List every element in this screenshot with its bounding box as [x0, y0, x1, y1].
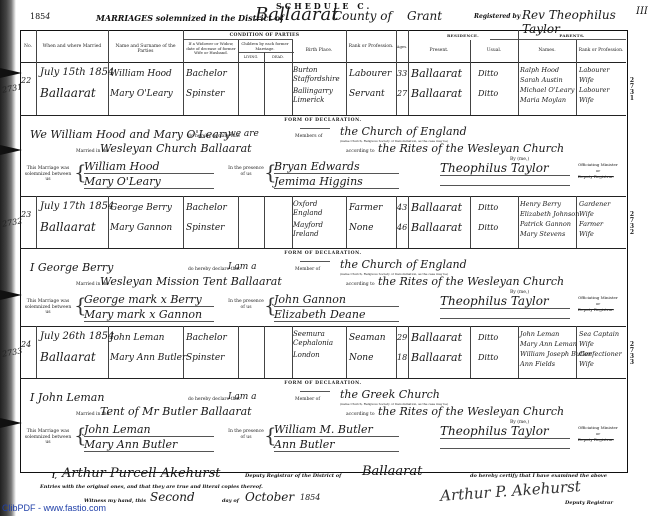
col-living: LIVING. — [238, 55, 264, 59]
col-rank: Rank or Profession. — [346, 44, 396, 49]
member-label: Members of — [295, 134, 322, 139]
col-parent-names: Names. — [518, 48, 576, 53]
year-hand: 4 — [45, 12, 50, 21]
minister-signature: Theophilus Taylor — [440, 161, 549, 175]
bride-birthplace: Mayford Ireland — [293, 221, 346, 239]
cert-deputy-name: Arthur Purcell Akehurst — [62, 466, 221, 481]
bride-name: Mary Gannon — [110, 223, 172, 233]
parents-rule — [583, 39, 626, 40]
parent-name: Ann Fields — [520, 360, 555, 368]
signature-line — [274, 173, 399, 174]
signature-line — [84, 321, 214, 322]
according-label: according to — [346, 282, 375, 287]
col-parent-rank: Rank or Profession. — [576, 48, 626, 53]
party-1-signature: George mark x Berry — [84, 293, 202, 306]
bride-birthplace: Ballingarry Limerick — [293, 87, 346, 105]
bride-condition: Spinster — [186, 353, 224, 363]
married-place: Tent of Mr Butler Ballaarat — [100, 405, 252, 418]
according-label: according to — [346, 412, 375, 417]
signature-line — [440, 438, 570, 439]
groom-condition: Bachelor — [186, 69, 227, 79]
parent-name: Ralph Hood — [520, 66, 559, 74]
groom-present-residence: Ballaarat — [411, 201, 462, 214]
declarant-church: the Greek Church — [340, 388, 440, 401]
member-label: Member of — [295, 397, 320, 402]
signature-line — [440, 185, 570, 186]
party-2-signature: Mary mark x Gannon — [84, 308, 202, 321]
groom-condition: Bachelor — [186, 203, 227, 213]
col-divider — [470, 196, 471, 248]
bride-usual-residence: Ditto — [478, 353, 498, 362]
entry-bottom-rule — [20, 115, 626, 116]
bride-rank: None — [349, 223, 373, 233]
cert-prefix: I, — [52, 473, 57, 480]
declarant-church: the Church of England — [340, 125, 467, 138]
parent-name: Elizabeth Johnson — [520, 210, 579, 218]
declarant-church: the Church of England — [340, 258, 467, 271]
cert-signature: Arthur P. Akehurst — [440, 477, 582, 505]
entry-bottom-rule — [20, 248, 626, 249]
children-rule — [238, 52, 294, 53]
witness-2-signature: Elizabeth Deane — [274, 308, 365, 321]
signature-line — [440, 175, 570, 176]
parent-name: Patrick Gannon — [520, 220, 571, 228]
or-label: or — [578, 168, 618, 173]
col-divider — [238, 326, 239, 378]
bride-name: Mary O'Leary — [110, 89, 173, 99]
registered-by-label: Registered by — [474, 13, 520, 20]
signature-line — [84, 436, 214, 437]
party-1-signature: William Hood — [84, 160, 160, 173]
deputy-label: Deputy Registrar. — [578, 437, 614, 442]
county-label: County of — [333, 9, 392, 23]
col-divider — [183, 326, 184, 378]
groom-rank: Farmer — [349, 203, 382, 213]
according-label: according to — [346, 149, 375, 154]
parent-rank: Wife — [579, 230, 594, 238]
bride-present-residence: Ballaarat — [411, 351, 462, 364]
groom-name: William Hood — [110, 69, 172, 79]
col-divider — [576, 196, 577, 248]
groom-usual-residence: Ditto — [478, 203, 498, 212]
cert-day: Second — [150, 490, 195, 504]
bride-rank: None — [349, 353, 373, 363]
bride-name: Mary Ann Butler — [110, 353, 186, 363]
presence-label: In the presence of us — [228, 299, 264, 310]
officiating-label: Officiating Minister — [578, 295, 618, 300]
col-when-where: When and where Married — [36, 44, 108, 49]
col-age: Ages. — [396, 44, 408, 49]
col-condition: CONDITION OF PARTIES — [183, 33, 346, 38]
witness-2-signature: Jemima Higgins — [274, 175, 363, 188]
signature-line — [274, 188, 399, 189]
year-label: 1854 — [30, 12, 50, 21]
col-divider — [183, 196, 184, 248]
col-divider — [470, 326, 471, 378]
presence-label: In the presence of us — [228, 166, 264, 177]
declarant-status: we are — [228, 129, 259, 139]
parent-rank: Sea Captain — [579, 330, 619, 338]
col-divider — [264, 196, 265, 248]
col-present: Present. — [408, 48, 470, 53]
signature-line — [274, 436, 399, 437]
member-label: Member of — [295, 267, 320, 272]
declaration-title: FORM OF DECLARATION. — [20, 381, 626, 386]
year-prefix: 185 — [30, 12, 45, 21]
col-divider — [346, 62, 347, 115]
solemnized-between-label: This Marriage was solemnized between us — [22, 166, 74, 183]
col-divider — [576, 62, 577, 115]
col-divider — [408, 196, 409, 248]
bride-present-residence: Ballaarat — [411, 221, 462, 234]
groom-rank: Seaman — [349, 333, 386, 343]
cert-month: October — [245, 490, 294, 504]
bride-age: 18 — [397, 353, 407, 362]
groom-age: 43 — [397, 203, 407, 212]
or-label: or — [578, 431, 618, 436]
declaration-divider — [300, 261, 330, 262]
watermark-text: ClibPDF - www.fastio.com — [2, 503, 106, 513]
marriage-date: July 15th 1854 — [40, 67, 114, 78]
col-divider — [518, 326, 519, 378]
officiating-label: Officiating Minister — [578, 425, 618, 430]
col-names: Name and Surname of the Parties — [108, 44, 183, 54]
groom-present-residence: Ballaarat — [411, 67, 462, 80]
party-1-signature: John Leman — [84, 423, 151, 436]
declarant: I John Leman — [30, 391, 104, 404]
col-divider — [238, 196, 239, 248]
col-children: Children by each former Marriage. — [238, 42, 292, 51]
signature-line — [274, 321, 399, 322]
groom-condition: Bachelor — [186, 333, 227, 343]
col-no: No. — [20, 44, 36, 49]
parent-name: Michael O'Leary — [520, 86, 574, 94]
parent-rank: Wife — [579, 210, 594, 218]
col-divider — [264, 62, 265, 115]
col-divider — [238, 62, 239, 115]
groom-name: John Leman — [110, 333, 164, 343]
groom-usual-residence: Ditto — [478, 69, 498, 78]
parent-rank: Wife — [579, 360, 594, 368]
presence-label: In the presence of us — [228, 429, 264, 440]
col-residence: RESIDENCE. — [408, 33, 518, 38]
margin-number: 1 — [629, 96, 635, 102]
bride-present-residence: Ballaarat — [411, 87, 462, 100]
declaration-divider — [300, 391, 330, 392]
bride-condition: Spinster — [186, 89, 224, 99]
signature-line — [274, 306, 399, 307]
signature-line — [440, 318, 570, 319]
cert-year: 1854 — [300, 493, 320, 502]
parent-name: John Leman — [520, 330, 559, 338]
marriage-date: July 26th 1854 — [40, 331, 114, 342]
parent-rank: Labourer — [579, 66, 610, 74]
groom-age: 29 — [397, 333, 407, 342]
signature-line — [440, 308, 570, 309]
cert-day-of-label: day of — [222, 498, 239, 504]
officiating-label: Officiating Minister — [578, 162, 618, 167]
entry-bottom-rule — [20, 378, 626, 379]
entry-number: 23 — [21, 210, 31, 219]
minister-signature: Theophilus Taylor — [440, 294, 549, 308]
col-divider — [183, 62, 184, 115]
declarant-status: I am a — [228, 262, 257, 272]
groom-present-residence: Ballaarat — [411, 331, 462, 344]
declaration-divider — [300, 128, 330, 129]
declarant: I George Berry — [30, 261, 113, 274]
witness-1-signature: William M. Butler — [274, 423, 373, 436]
cert-district: Ballaarat — [362, 464, 422, 479]
col-divider — [346, 196, 347, 248]
deputy-label: Deputy Registrar. — [578, 307, 614, 312]
witness-1-signature: Bryan Edwards — [274, 160, 360, 173]
county-name: Grant — [407, 9, 442, 23]
solemnized-between-label: This Marriage was solemnized between us — [22, 429, 74, 446]
groom-birthplace: Burton Staffordshire — [293, 66, 346, 84]
col-divider — [36, 326, 37, 378]
entry-number: 24 — [21, 340, 31, 349]
parent-rank: Wife — [579, 76, 594, 84]
entry-top-rule — [20, 62, 626, 63]
col-dead: DEAD. — [264, 55, 292, 59]
cert-title: Deputy Registrar — [565, 500, 613, 506]
bride-usual-residence: Ditto — [478, 223, 498, 232]
party-2-signature: Mary Ann Butler — [84, 438, 177, 451]
col-divider — [264, 326, 265, 378]
entry-top-rule — [20, 196, 626, 197]
cert-text1: Deputy Registrar of the District of — [245, 473, 341, 479]
col-divider — [408, 62, 409, 115]
page-mark: III — [636, 6, 648, 17]
bride-age: 46 — [397, 223, 407, 232]
declaration-title: FORM OF DECLARATION. — [20, 118, 626, 123]
groom-usual-residence: Ditto — [478, 333, 498, 342]
parent-rank: Confectioner — [579, 350, 622, 358]
rites: the Rites of the Wesleyan Church — [378, 405, 564, 418]
parent-rank: Farmer — [579, 220, 603, 228]
parent-rank: Wife — [579, 340, 594, 348]
marriage-place: Ballaarat — [40, 350, 96, 364]
bride-usual-residence: Ditto — [478, 89, 498, 98]
bride-condition: Spinster — [186, 223, 224, 233]
col-parents: PARENTS. — [518, 33, 626, 38]
signature-line — [84, 306, 214, 307]
parent-name: Mary Stevens — [520, 230, 565, 238]
declaration-title: FORM OF DECLARATION. — [20, 251, 626, 256]
col-divider — [408, 326, 409, 378]
entry-top-rule — [20, 326, 626, 327]
marriage-place: Ballaarat — [40, 220, 96, 234]
col-divider — [346, 326, 347, 378]
signature-line — [440, 448, 570, 449]
signature-line — [84, 451, 214, 452]
col-birth-place: Birth Place. — [292, 48, 346, 53]
col-divider — [36, 196, 37, 248]
signature-line — [274, 451, 399, 452]
margin-number: 2 — [629, 230, 635, 236]
deputy-label: Deputy Registrar. — [578, 174, 614, 179]
or-label: or — [578, 301, 618, 306]
entry-number: 22 — [21, 76, 31, 85]
solemnized-between-label: This Marriage was solemnized between us — [22, 299, 74, 316]
parent-rank: Gardener — [579, 200, 610, 208]
col-divider — [470, 62, 471, 115]
col-divider — [518, 62, 519, 115]
rites: the Rites of the Wesleyan Church — [378, 142, 564, 155]
parent-name: Sarah Austin — [520, 76, 563, 84]
bride-rank: Servant — [349, 89, 385, 99]
party-2-signature: Mary O'Leary — [84, 175, 161, 188]
groom-birthplace: Oxford England — [293, 200, 346, 218]
col-divider — [36, 62, 37, 115]
groom-birthplace: Seemura Cephalonia — [293, 330, 346, 348]
groom-age: 33 — [397, 69, 407, 78]
bride-birthplace: London — [293, 351, 346, 360]
parent-name: Mary Ann Leman — [520, 340, 577, 348]
parent-rank: Labourer — [579, 86, 610, 94]
rites: the Rites of the Wesleyan Church — [378, 275, 564, 288]
marriage-place: Ballaarat — [40, 86, 96, 100]
parent-name: Maria Moylan — [520, 96, 566, 104]
groom-rank: Labourer — [349, 69, 391, 79]
bride-age: 27 — [397, 89, 407, 98]
margin-number: 3 — [629, 360, 635, 366]
col-usual: Usual. — [470, 48, 518, 53]
signature-line — [84, 173, 214, 174]
parent-rank: Wife — [579, 96, 594, 104]
cert-text2: do hereby certify that I have examined t… — [470, 473, 607, 479]
parent-name: Henry Berry — [520, 200, 561, 208]
witness-1-signature: John Gannon — [274, 293, 346, 306]
married-place: Wesleyan Church Ballaarat — [100, 142, 252, 155]
groom-name: George Berry — [110, 203, 172, 213]
married-place: Wesleyan Mission Tent Ballaarat — [100, 275, 282, 288]
minister-signature: Theophilus Taylor — [440, 424, 549, 438]
col-divider — [518, 196, 519, 248]
declarant-status: I am a — [228, 392, 257, 402]
col-widower: If a Widower or Widow, date of decease o… — [184, 42, 238, 56]
marriage-date: July 17th 1854 — [40, 201, 114, 212]
signature-line — [84, 188, 214, 189]
witness-2-signature: Ann Butler — [274, 438, 334, 451]
